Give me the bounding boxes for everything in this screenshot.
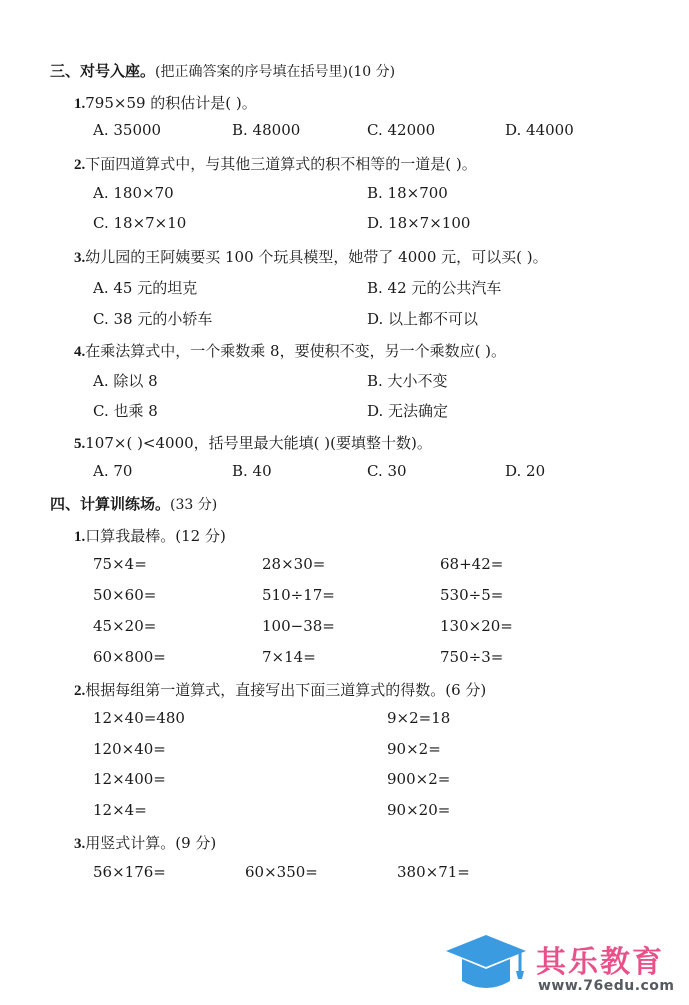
option-b: B. 18×700 (367, 184, 448, 202)
part-text: 根据每组第一道算式，直接写出下面三道算式的得数。(6 分) (85, 681, 486, 699)
question-text: 在乘法算式中，一个乘数乘 8，要使积不变，另一个乘数应( )。 (85, 342, 506, 360)
question-number: 2. (74, 157, 85, 173)
section-3-note: (把正确答案的序号填在括号里)(10 分) (155, 64, 395, 80)
option-c: C. 42000 (367, 121, 435, 139)
section-4-heading: 四、计算训练场。(33 分) (50, 493, 217, 514)
part-text: 用竖式计算。(9 分) (85, 834, 216, 852)
mental-math-item: 100−38= (262, 617, 335, 635)
part-number: 3. (74, 836, 85, 852)
option-d: D. 无法确定 (367, 400, 448, 421)
option-d: D. 18×7×100 (367, 214, 470, 232)
option-c: C. 38 元的小轿车 (93, 308, 212, 329)
brand-url: www.76edu.com (538, 978, 675, 994)
option-a: A. 180×70 (93, 184, 174, 202)
mental-math-item: 50×60= (93, 586, 156, 604)
question-number: 4. (74, 344, 85, 360)
option-d: D. 44000 (505, 121, 574, 139)
brand-name: 其乐教育 (536, 937, 664, 981)
group-equation: 120×40= (93, 740, 166, 758)
group-equation: 9×2=18 (387, 709, 450, 727)
question-text: 幼儿园的王阿姨要买 100 个玩具模型，她带了 4000 元，可以买( )。 (85, 248, 547, 266)
graduation-cap-icon (444, 935, 530, 997)
part-2-heading: 2.根据每组第一道算式，直接写出下面三道算式的得数。(6 分) (74, 679, 486, 700)
option-b: B. 40 (232, 462, 272, 480)
mental-math-item: 68+42= (440, 555, 503, 573)
option-c: C. 也乘 8 (93, 400, 158, 421)
part-number: 2. (74, 683, 85, 699)
part-1-heading: 1.口算我最棒。(12 分) (74, 525, 226, 546)
mental-math-item: 750÷3= (440, 648, 503, 666)
mental-math-item: 60×800= (93, 648, 166, 666)
option-a: A. 35000 (93, 121, 161, 139)
group-equation: 12×400= (93, 770, 166, 788)
option-b: B. 大小不变 (367, 370, 448, 391)
question-1: 1.795×59 的积估计是( )。 (74, 92, 257, 113)
section-4-note: (33 分) (170, 497, 217, 513)
question-text: 795×59 的积估计是( )。 (85, 94, 257, 112)
question-text: 下面四道算式中，与其他三道算式的积不相等的一道是( )。 (85, 155, 476, 173)
option-c: C. 30 (367, 462, 407, 480)
section-3-title: 三、对号入座。 (50, 62, 155, 80)
mental-math-item: 530÷5= (440, 586, 503, 604)
question-3: 3.幼儿园的王阿姨要买 100 个玩具模型，她带了 4000 元，可以买( )。 (74, 246, 548, 267)
section-3-heading: 三、对号入座。(把正确答案的序号填在括号里)(10 分) (50, 60, 395, 81)
mental-math-item: 45×20= (93, 617, 156, 635)
option-a: A. 45 元的坦克 (93, 277, 197, 298)
option-a: A. 70 (93, 462, 132, 480)
part-number: 1. (74, 529, 85, 545)
mental-math-item: 510÷17= (262, 586, 335, 604)
question-text: 107×( )<4000，括号里最大能填( )(要填整十数)。 (85, 434, 432, 452)
mental-math-item: 75×4= (93, 555, 147, 573)
question-5: 5.107×( )<4000，括号里最大能填( )(要填整十数)。 (74, 432, 432, 453)
part-text: 口算我最棒。(12 分) (85, 527, 226, 545)
mental-math-item: 7×14= (262, 648, 316, 666)
section-4-title: 四、计算训练场。 (50, 495, 170, 513)
group-equation: 12×4= (93, 801, 147, 819)
mental-math-item: 130×20= (440, 617, 513, 635)
option-d: D. 以上都不可以 (367, 308, 478, 329)
vertical-calc-item: 380×71= (397, 863, 470, 881)
question-number: 1. (74, 96, 85, 112)
part-3-heading: 3.用竖式计算。(9 分) (74, 832, 216, 853)
group-equation: 12×40=480 (93, 709, 185, 727)
option-b: B. 48000 (232, 121, 300, 139)
vertical-calc-item: 60×350= (245, 863, 318, 881)
group-equation: 900×2= (387, 770, 450, 788)
vertical-calc-item: 56×176= (93, 863, 166, 881)
brand-logo: 其乐教育 www.76edu.com (444, 935, 689, 1000)
question-4: 4.在乘法算式中，一个乘数乘 8，要使积不变，另一个乘数应( )。 (74, 340, 506, 361)
mental-math-item: 28×30= (262, 555, 325, 573)
option-b: B. 42 元的公共汽车 (367, 277, 501, 298)
option-d: D. 20 (505, 462, 545, 480)
group-equation: 90×2= (387, 740, 441, 758)
question-number: 5. (74, 436, 85, 452)
option-a: A. 除以 8 (93, 370, 158, 391)
question-number: 3. (74, 250, 85, 266)
option-c: C. 18×7×10 (93, 214, 186, 232)
question-2: 2.下面四道算式中，与其他三道算式的积不相等的一道是( )。 (74, 153, 477, 174)
group-equation: 90×20= (387, 801, 450, 819)
